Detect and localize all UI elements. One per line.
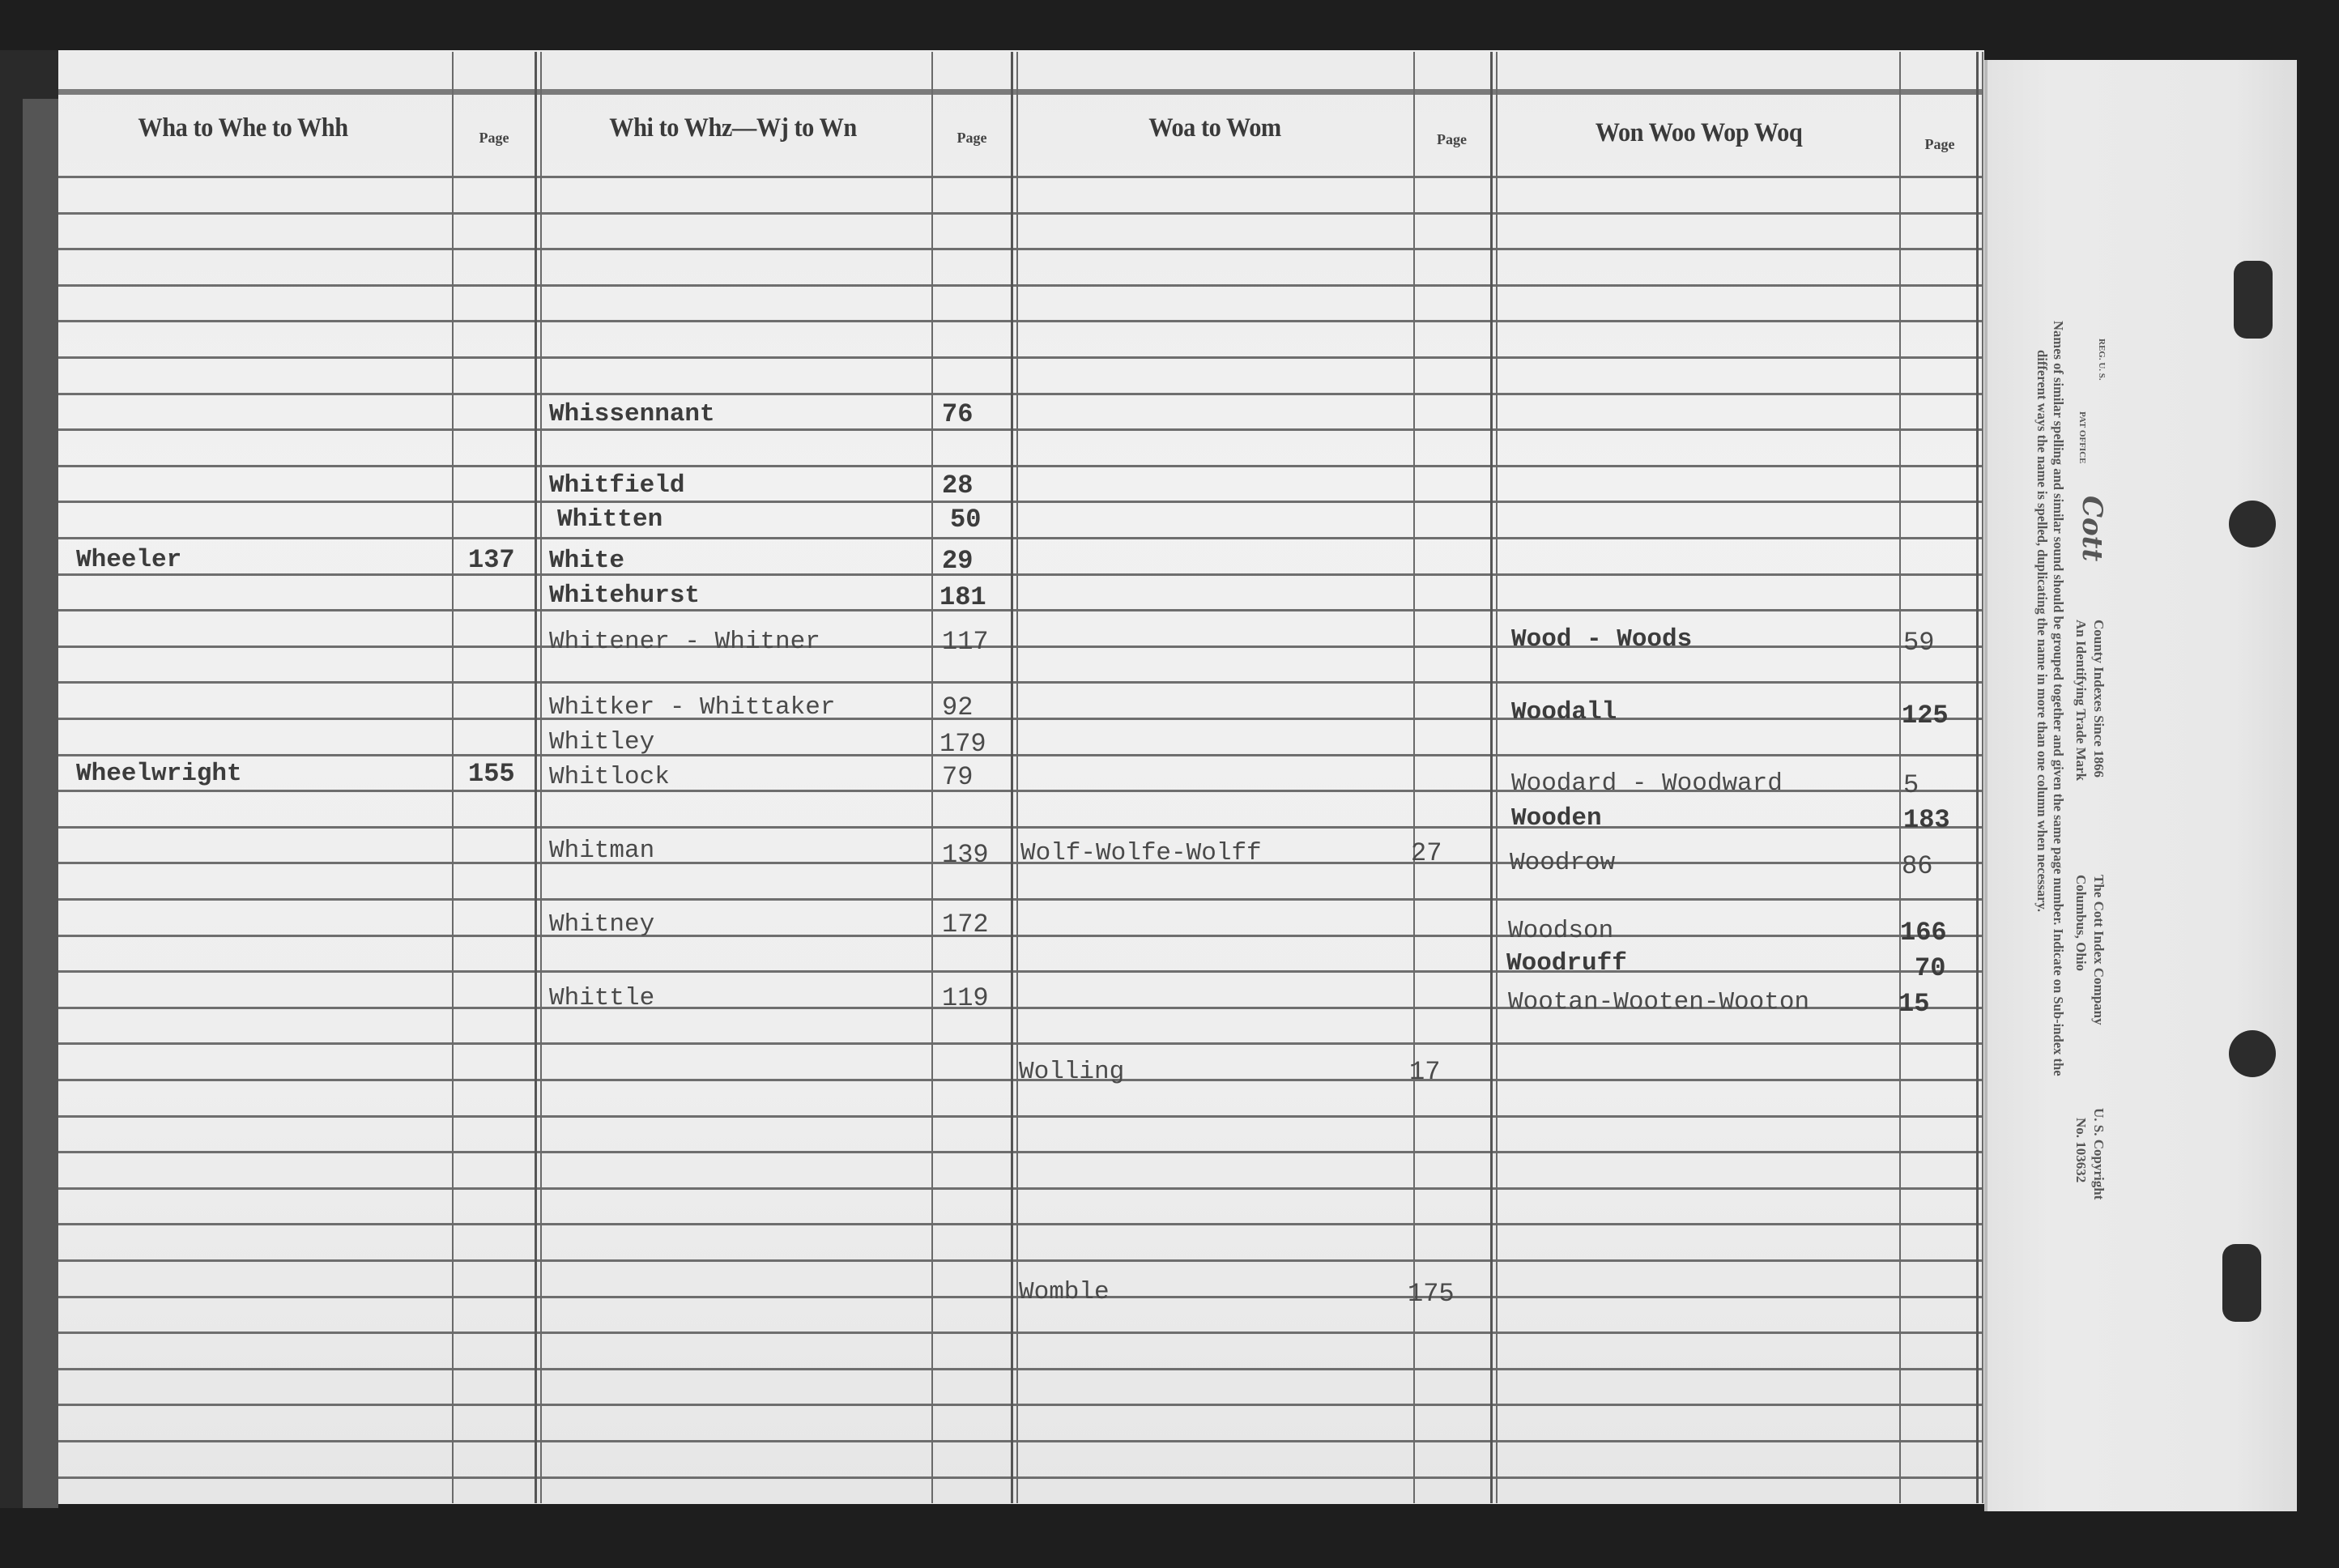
- index-entry-name: Wolling: [1019, 1059, 1124, 1084]
- ruled-line: [58, 1259, 1983, 1262]
- index-entry-name: Whitker - Whittaker: [549, 695, 835, 720]
- column-rule: [1496, 52, 1498, 1503]
- index-entry-name: Woodard - Woodward: [1511, 771, 1783, 796]
- ruled-line: [58, 465, 1983, 467]
- page-column-label: Page: [1413, 131, 1490, 148]
- index-entry-name: Whittle: [549, 986, 654, 1011]
- ruled-line: [58, 609, 1983, 611]
- ruled-line: [58, 935, 1983, 937]
- column-heading: Woa to Wom: [1033, 113, 1398, 162]
- ruled-line: [58, 826, 1983, 829]
- reg-mark: REG. U. S.: [2096, 339, 2106, 381]
- index-entry-page: 50: [950, 507, 981, 533]
- column-rule: [540, 52, 542, 1503]
- index-entry-name: Whitfield: [549, 473, 684, 498]
- index-entry-page: 15: [1898, 991, 1929, 1017]
- index-entry-name: White: [549, 548, 624, 573]
- index-entry-name: Whissennant: [549, 402, 715, 427]
- index-entry-page: 70: [1915, 956, 1945, 982]
- index-entry-page: 28: [942, 473, 973, 499]
- ruled-line: [58, 1042, 1983, 1045]
- index-entry-name: Whitehurst: [549, 583, 700, 608]
- ruled-line: [58, 754, 1983, 756]
- index-entry-page: 86: [1902, 854, 1932, 880]
- ruled-line: [58, 248, 1983, 250]
- index-entry-page: 5: [1903, 773, 1919, 799]
- index-entry-name: Wootan-Wooten-Wooton: [1508, 990, 1809, 1015]
- scanned-index-card: Wha to Whe to Whh Page Whi to Whz—Wj to …: [0, 0, 2339, 1568]
- margin-pat-office: PAT OFFICE: [2077, 411, 2086, 463]
- margin-line-2a: An Identifying Trade Mark: [2073, 620, 2088, 781]
- column-rule: [1016, 52, 1018, 1503]
- index-entry-name: Woodruff: [1506, 951, 1627, 976]
- index-entry-name: Whitlock: [549, 765, 670, 790]
- margin-instructions-line-1: Names of similar spelling and similar so…: [2051, 321, 2065, 1076]
- index-entry-name: Whitman: [549, 838, 654, 863]
- margin-line-1a: County Indexes Since 1866: [2091, 620, 2106, 778]
- column-rule: [535, 52, 537, 1503]
- column-rule: [1011, 52, 1013, 1503]
- index-entry-page: 125: [1902, 703, 1949, 729]
- index-entry-name: Whitley: [549, 730, 654, 755]
- index-entry-page: 179: [939, 731, 986, 757]
- binding-edge: [0, 50, 58, 1508]
- column-heading: Wha to Whe to Whh: [79, 113, 407, 162]
- index-entry-page: 181: [939, 585, 986, 611]
- index-entry-page: 17: [1409, 1059, 1440, 1085]
- index-entry-page: 29: [942, 548, 973, 574]
- ruled-line: [58, 1332, 1983, 1334]
- ruled-line: [58, 89, 1983, 95]
- ruled-line: [58, 1476, 1983, 1479]
- index-entry-name: Wheeler: [76, 548, 181, 573]
- margin-line-1c: U. S. Copyright: [2091, 1108, 2106, 1199]
- index-entry-name: Woodrow: [1510, 850, 1615, 876]
- index-entry-page: 183: [1903, 807, 1950, 833]
- index-entry-page: 137: [468, 548, 515, 573]
- margin-line-1b: The Cott Index Company: [2091, 875, 2106, 1025]
- index-entry-page: 155: [468, 761, 515, 787]
- column-rule: [1976, 52, 1979, 1503]
- ruled-line: [58, 212, 1983, 215]
- index-entry-page: 76: [942, 402, 973, 428]
- index-entry-page: 117: [942, 629, 989, 655]
- binder-hole-icon: [2229, 501, 2276, 548]
- ruled-line: [58, 1115, 1983, 1118]
- ruled-line: [58, 1151, 1983, 1153]
- index-entry-page: 92: [942, 695, 973, 721]
- index-entry-name: Whitener - Whitner: [549, 629, 820, 654]
- ruled-line: [58, 176, 1983, 178]
- ruled-line: [58, 537, 1983, 539]
- column-rule: [931, 52, 933, 1503]
- margin-instructions-line-2: different ways the name is spelled, dupl…: [2035, 350, 2049, 912]
- page-column-label: Page: [454, 130, 535, 147]
- index-entry-page: 59: [1903, 630, 1934, 656]
- ruled-line: [58, 393, 1983, 395]
- page-column-label: Page: [931, 130, 1012, 147]
- column-heading: Won Woo Wop Woq: [1515, 118, 1883, 167]
- index-entry-name: Wooden: [1511, 806, 1602, 831]
- index-entry-name: Wolf-Wolfe-Wolff: [1020, 841, 1262, 866]
- index-entry-name: Woodall: [1511, 700, 1617, 725]
- column-heading: Whi to Whz—Wj to Wn: [558, 113, 908, 162]
- index-entry-name: Wheelwright: [76, 761, 242, 786]
- index-entry-name: Woodson: [1508, 918, 1613, 944]
- ruled-line: [58, 1187, 1983, 1190]
- column-rule: [1982, 52, 1983, 1503]
- index-entry-name: Wood - Woods: [1511, 627, 1692, 652]
- index-entry-page: 79: [942, 765, 973, 790]
- ruled-line: [58, 970, 1983, 973]
- index-entry-page: 175: [1408, 1281, 1455, 1307]
- index-entry-name: Whitney: [549, 912, 654, 937]
- column-rule: [452, 52, 454, 1503]
- ruled-line: [58, 428, 1983, 431]
- index-entry-page: 172: [942, 912, 989, 938]
- brand-logo-icon: Cott: [2077, 496, 2106, 561]
- ruled-line: [58, 320, 1983, 322]
- ruled-line: [58, 646, 1983, 648]
- index-entry-page: 166: [1900, 920, 1947, 946]
- margin-copyright-block: REG. U. S.: [2096, 339, 2106, 381]
- index-entry-page: 27: [1411, 841, 1442, 867]
- ruled-line: [58, 898, 1983, 901]
- ruled-line: [58, 501, 1983, 503]
- index-entry-name: Whitten: [557, 507, 663, 532]
- margin-line-2b: Columbus, Ohio: [2073, 875, 2088, 971]
- binder-hole-icon: [2229, 1030, 2276, 1077]
- ruled-line: [58, 1368, 1983, 1370]
- column-rule: [1490, 52, 1493, 1503]
- ruled-line: [58, 573, 1983, 576]
- ruled-line: [58, 1440, 1983, 1442]
- ruled-line: [58, 718, 1983, 720]
- ruled-line: [58, 284, 1983, 287]
- index-entry-page: 139: [942, 842, 989, 868]
- ruled-line: [58, 356, 1983, 359]
- binder-hole-icon: [2222, 1244, 2261, 1322]
- ruled-line: [58, 681, 1983, 684]
- right-margin: [1984, 60, 2297, 1511]
- column-rule: [1899, 52, 1901, 1503]
- binder-hole-icon: [2234, 261, 2273, 339]
- index-entry-name: Womble: [1019, 1280, 1110, 1305]
- ruled-line: [58, 1223, 1983, 1225]
- margin-line-2c: No. 103632: [2073, 1118, 2088, 1182]
- page-column-label: Page: [1899, 136, 1980, 153]
- ruled-line: [58, 1404, 1983, 1406]
- index-entry-page: 119: [942, 986, 989, 1012]
